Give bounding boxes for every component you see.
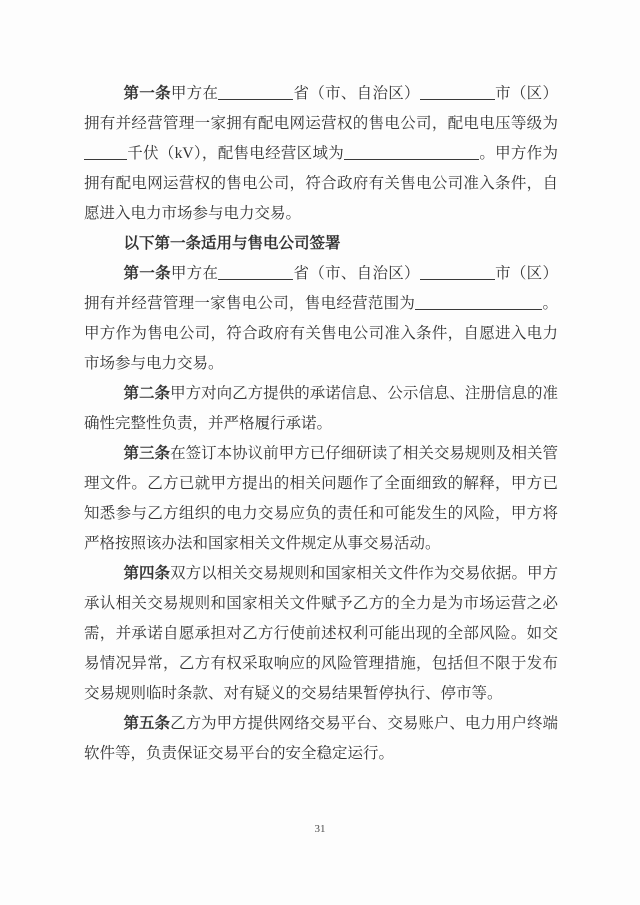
text-run: 省（市、自治区）	[293, 85, 420, 102]
blank-field-operating-area	[344, 146, 479, 160]
text-run: 省（市、自治区）	[293, 265, 420, 282]
blank-field-city-district	[420, 86, 495, 100]
heading-text: 以下第一条适用与售电公司签署	[124, 235, 341, 252]
article-number: 第一条	[124, 265, 171, 282]
section-heading-retail-version: 以下第一条适用与售电公司签署	[84, 229, 558, 259]
paragraph-article-1-distribution-version: 第一条甲方在省（市、自治区）市（区）拥有并经营管理一家拥有配电网运营权的售电公司…	[84, 79, 558, 229]
document-text-block: 第一条甲方在省（市、自治区）市（区）拥有并经营管理一家拥有配电网运营权的售电公司…	[84, 79, 558, 769]
paragraph-article-5: 第五条乙方为甲方提供网络交易平台、交易账户、电力用户终端软件等，负责保证交易平台…	[84, 709, 558, 769]
article-number: 第四条	[124, 565, 171, 582]
paragraph-article-1-retail-version: 第一条甲方在省（市、自治区）市（区）拥有并经营管理一家售电公司，售电经营范围为。…	[84, 259, 558, 379]
paragraph-article-3: 第三条在签订本协议前甲方已仔细研读了相关交易规则及相关管理文件。乙方已就甲方提出…	[84, 439, 558, 559]
blank-field-business-scope	[415, 296, 542, 310]
article-number: 第一条	[124, 85, 171, 102]
text-run: 双方以相关交易规则和国家相关文件作为交易依据。甲方承认相关交易规则和国家相关文件…	[84, 565, 558, 702]
article-number: 第二条	[124, 385, 171, 402]
article-number: 第三条	[124, 445, 171, 462]
blank-field-voltage-kv	[84, 146, 127, 160]
text-run: 甲方在	[171, 85, 218, 102]
blank-field-province	[218, 86, 293, 100]
paragraph-article-2: 第二条甲方对向乙方提供的承诺信息、公示信息、注册信息的准确性完整性负责，并严格履…	[84, 379, 558, 439]
blank-field-province	[218, 266, 293, 280]
blank-field-city-district	[420, 266, 495, 280]
page-number: 31	[0, 823, 640, 835]
paragraph-article-4: 第四条双方以相关交易规则和国家相关文件作为交易依据。甲方承认相关交易规则和国家相…	[84, 559, 558, 709]
text-run: 甲方在	[171, 265, 218, 282]
text-run: 千伏（kV），配售电经营区域为	[127, 145, 344, 162]
scanned-contract-page: { "document": { "colors": { "background"…	[0, 0, 640, 905]
article-number: 第五条	[124, 715, 171, 732]
